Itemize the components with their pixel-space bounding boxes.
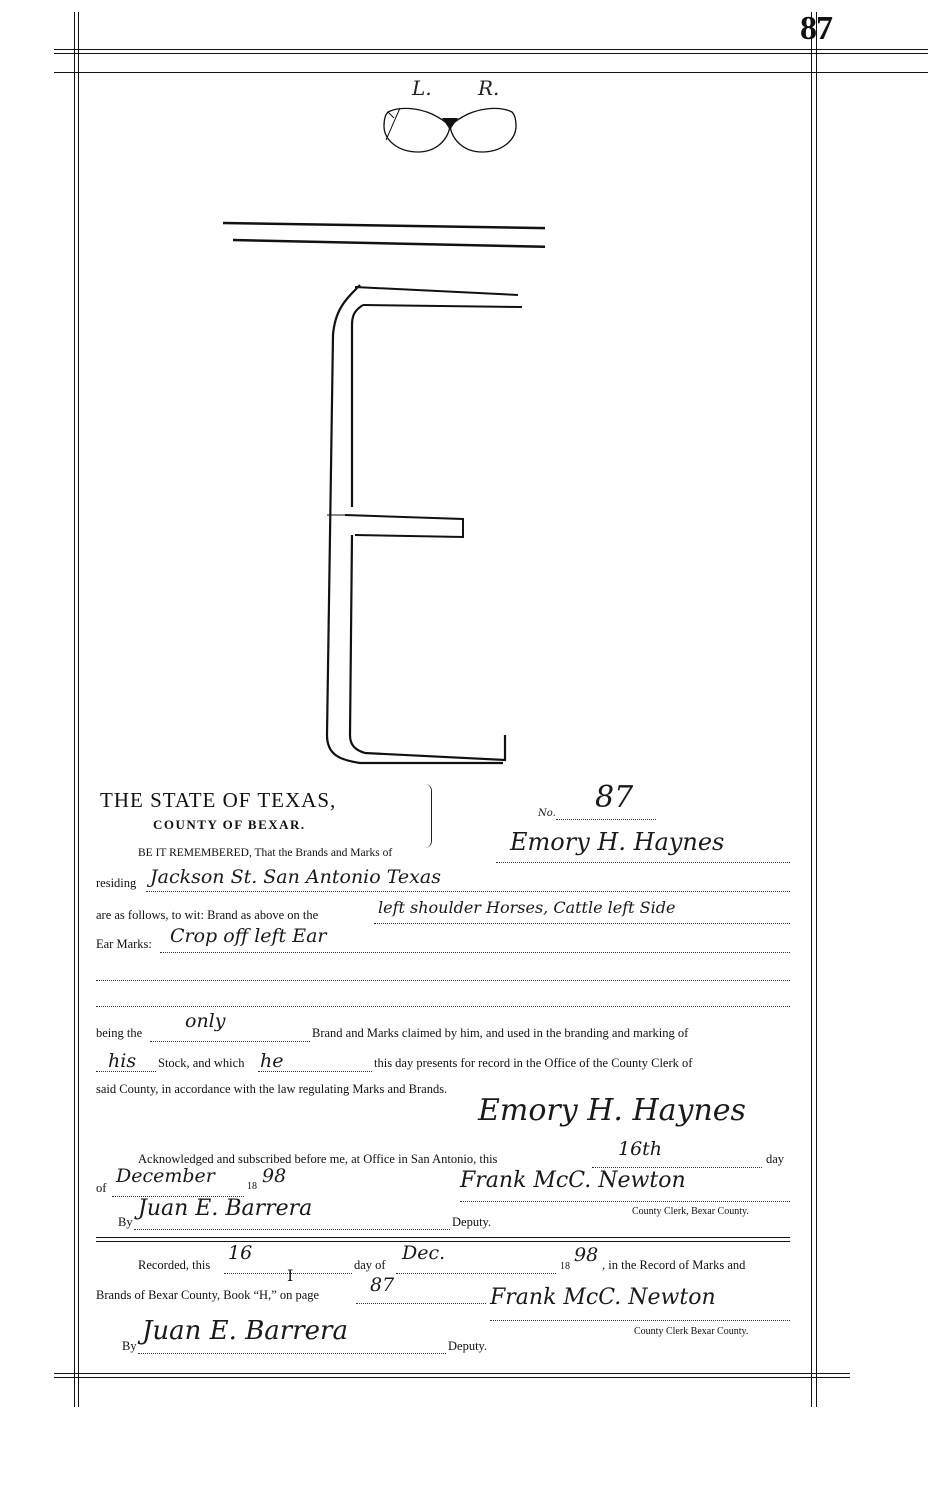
- frame-left-inner: [78, 12, 79, 1407]
- ack-clerk-line: [460, 1200, 790, 1202]
- page-number: 87: [800, 10, 832, 48]
- county-subtitle: COUNTY OF BEXAR.: [153, 817, 306, 833]
- frame-left-outer: [74, 12, 75, 1407]
- ear-mark-diagram-icon: [380, 100, 520, 160]
- residence-value: Jackson St. San Antonio Texas: [150, 866, 441, 888]
- ack-month-value: December: [116, 1165, 215, 1187]
- presenter-value: he: [260, 1050, 283, 1072]
- ear-marks-label: Ear Marks:: [96, 937, 152, 952]
- recorded-book-correction: I: [287, 1266, 293, 1285]
- ack-deputy-line: [134, 1228, 450, 1230]
- stock-owner-value: his: [108, 1050, 136, 1072]
- recorded-label: Recorded, this: [138, 1258, 210, 1273]
- frame-top-line-3: [54, 72, 928, 73]
- brand-location-prefix: are as follows, to wit: Brand as above o…: [96, 908, 318, 923]
- recorded-deputy-line: [138, 1352, 446, 1354]
- brand-e-drawing-icon: [215, 215, 545, 775]
- recorded-month-line: [396, 1272, 556, 1274]
- frame-right-outer: [811, 12, 812, 1407]
- frame-bottom-line-2: [54, 1377, 850, 1378]
- being-the-label: being the: [96, 1026, 142, 1041]
- owner-name-value: Emory H. Haynes: [510, 828, 724, 856]
- ear-label-left: L.: [412, 76, 432, 100]
- residing-label: residing: [96, 876, 136, 891]
- recorded-year-prefix: 18: [560, 1261, 570, 1272]
- recorded-book-text: Brands of Bexar County, Book “H,” on pag…: [96, 1288, 319, 1303]
- owner-name-line: [496, 861, 790, 863]
- ack-deputy-signature: Juan E. Barrera: [138, 1196, 312, 1221]
- recorded-year-value: 98: [574, 1244, 598, 1266]
- recorded-page-value: 87: [370, 1274, 394, 1296]
- frame-bottom-line-1: [54, 1373, 850, 1374]
- recorded-clerk-title: County Clerk Bexar County.: [634, 1326, 748, 1337]
- recorded-day-value: 16: [228, 1242, 252, 1264]
- recorded-clerk-signature: Frank McC. Newton: [490, 1285, 716, 1310]
- record-number-line: [556, 818, 656, 820]
- recorded-page-line: [356, 1302, 486, 1304]
- document-title: THE STATE OF TEXAS,: [100, 788, 336, 813]
- ear-label-right: R.: [478, 76, 499, 100]
- blank-line-1: [96, 979, 790, 981]
- presents-text: this day presents for record in the Offi…: [374, 1056, 692, 1071]
- ack-clerk-title: County Clerk, Bexar County.: [632, 1206, 749, 1217]
- frame-right-inner: [816, 12, 817, 1407]
- recorded-month-value: Dec.: [402, 1242, 445, 1264]
- stock-label: Stock, and which: [158, 1056, 244, 1071]
- record-number-value: 87: [595, 780, 633, 815]
- ack-day-label: day: [766, 1152, 784, 1167]
- section-separator-1: [96, 1237, 790, 1238]
- ack-clerk-signature: Frank McC. Newton: [460, 1168, 686, 1193]
- being-the-line: [150, 1040, 310, 1042]
- brand-location-line: [374, 922, 790, 924]
- blank-line-2: [96, 1005, 790, 1007]
- ack-deputy-label: Deputy.: [452, 1215, 491, 1230]
- ack-day-value: 16th: [618, 1138, 662, 1160]
- remembered-text: BE IT REMEMBERED, That the Brands and Ma…: [138, 847, 392, 859]
- recorded-deputy-signature: Juan E. Barrera: [142, 1316, 348, 1346]
- said-county-text: said County, in accordance with the law …: [96, 1082, 447, 1097]
- recorded-day-of-label: day of: [354, 1258, 386, 1273]
- recorded-deputy-label: Deputy.: [448, 1339, 487, 1354]
- claimed-text: Brand and Marks claimed by him, and used…: [312, 1026, 688, 1041]
- owner-signature: Emory H. Haynes: [478, 1093, 746, 1128]
- ear-marks-value: Crop off left Ear: [170, 925, 327, 947]
- header-brace: [425, 784, 432, 848]
- record-number-label: No.: [538, 808, 556, 819]
- recorded-by-label: By: [122, 1339, 137, 1354]
- recorded-record-text: , in the Record of Marks and: [602, 1258, 745, 1273]
- ack-year-prefix: 18: [247, 1181, 257, 1192]
- frame-top-line-1: [54, 49, 928, 50]
- recorded-clerk-line: [490, 1319, 790, 1321]
- ear-marks-line: [160, 951, 790, 953]
- residence-line: [146, 890, 790, 892]
- brand-location-value: left shoulder Horses, Cattle left Side: [378, 898, 675, 917]
- ack-year-value: 98: [262, 1165, 286, 1187]
- being-the-value: only: [185, 1010, 226, 1032]
- ack-by-label: By: [118, 1215, 133, 1230]
- frame-top-line-2: [54, 53, 928, 54]
- ack-of-label: of: [96, 1181, 106, 1196]
